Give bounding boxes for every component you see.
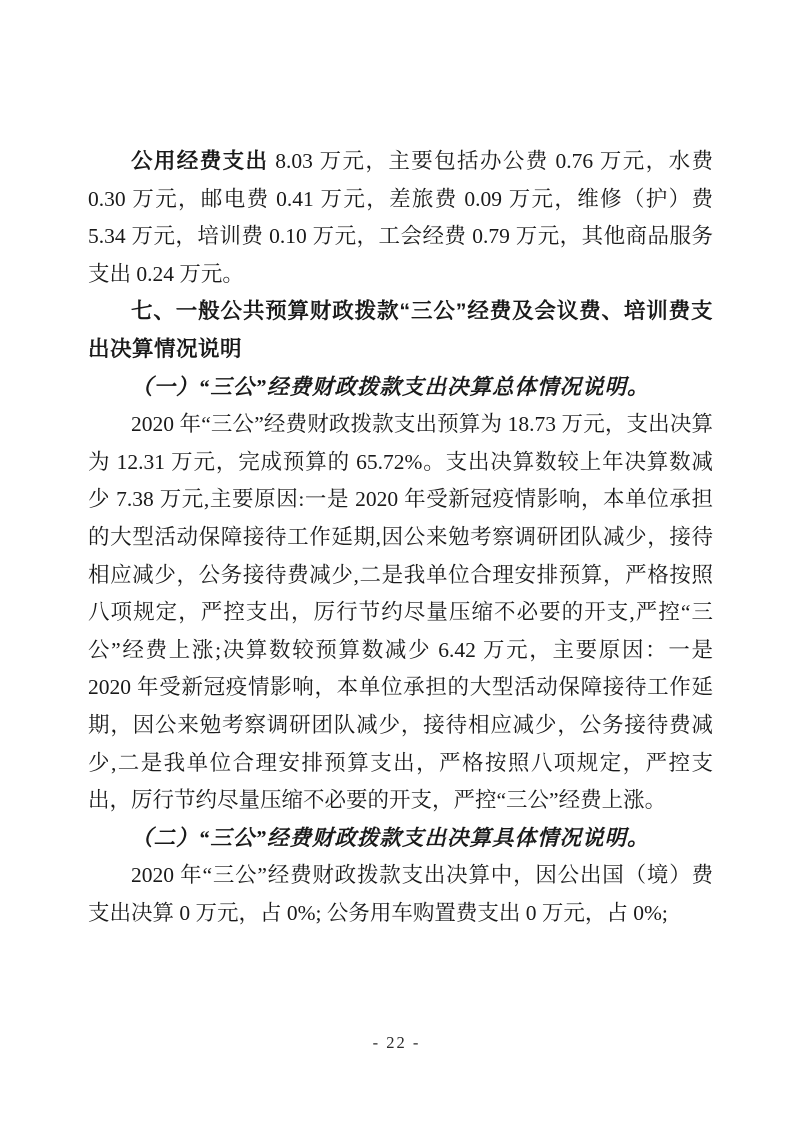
paragraph-three-public-overview: 2020 年“三公”经费财政拨款支出预算为 18.73 万元，支出决算为 12.… xyxy=(88,406,713,820)
section-heading-seven: 七、一般公共预算财政拨款“三公”经费及会议费、培训费支出决算情况说明 xyxy=(88,293,713,368)
document-page: 公用经费支出 8.03 万元，主要包括办公费 0.76 万元，水费 0.30 万… xyxy=(0,0,793,1122)
paragraph-public-expense-lead: 公用经费支出 xyxy=(131,149,268,173)
paragraph-three-public-detail: 2020 年“三公”经费财政拨款支出决算中，因公出国（境）费支出决算 0 万元，… xyxy=(88,857,713,932)
subheading-two: （二）“三公”经费财政拨款支出决算具体情况说明。 xyxy=(88,820,713,858)
page-number: - 22 - xyxy=(0,1033,793,1053)
document-body: 公用经费支出 8.03 万元，主要包括办公费 0.76 万元，水费 0.30 万… xyxy=(88,143,713,932)
subheading-one: （一）“三公”经费财政拨款支出决算总体情况说明。 xyxy=(88,369,713,407)
paragraph-public-expense: 公用经费支出 8.03 万元，主要包括办公费 0.76 万元，水费 0.30 万… xyxy=(88,143,713,293)
